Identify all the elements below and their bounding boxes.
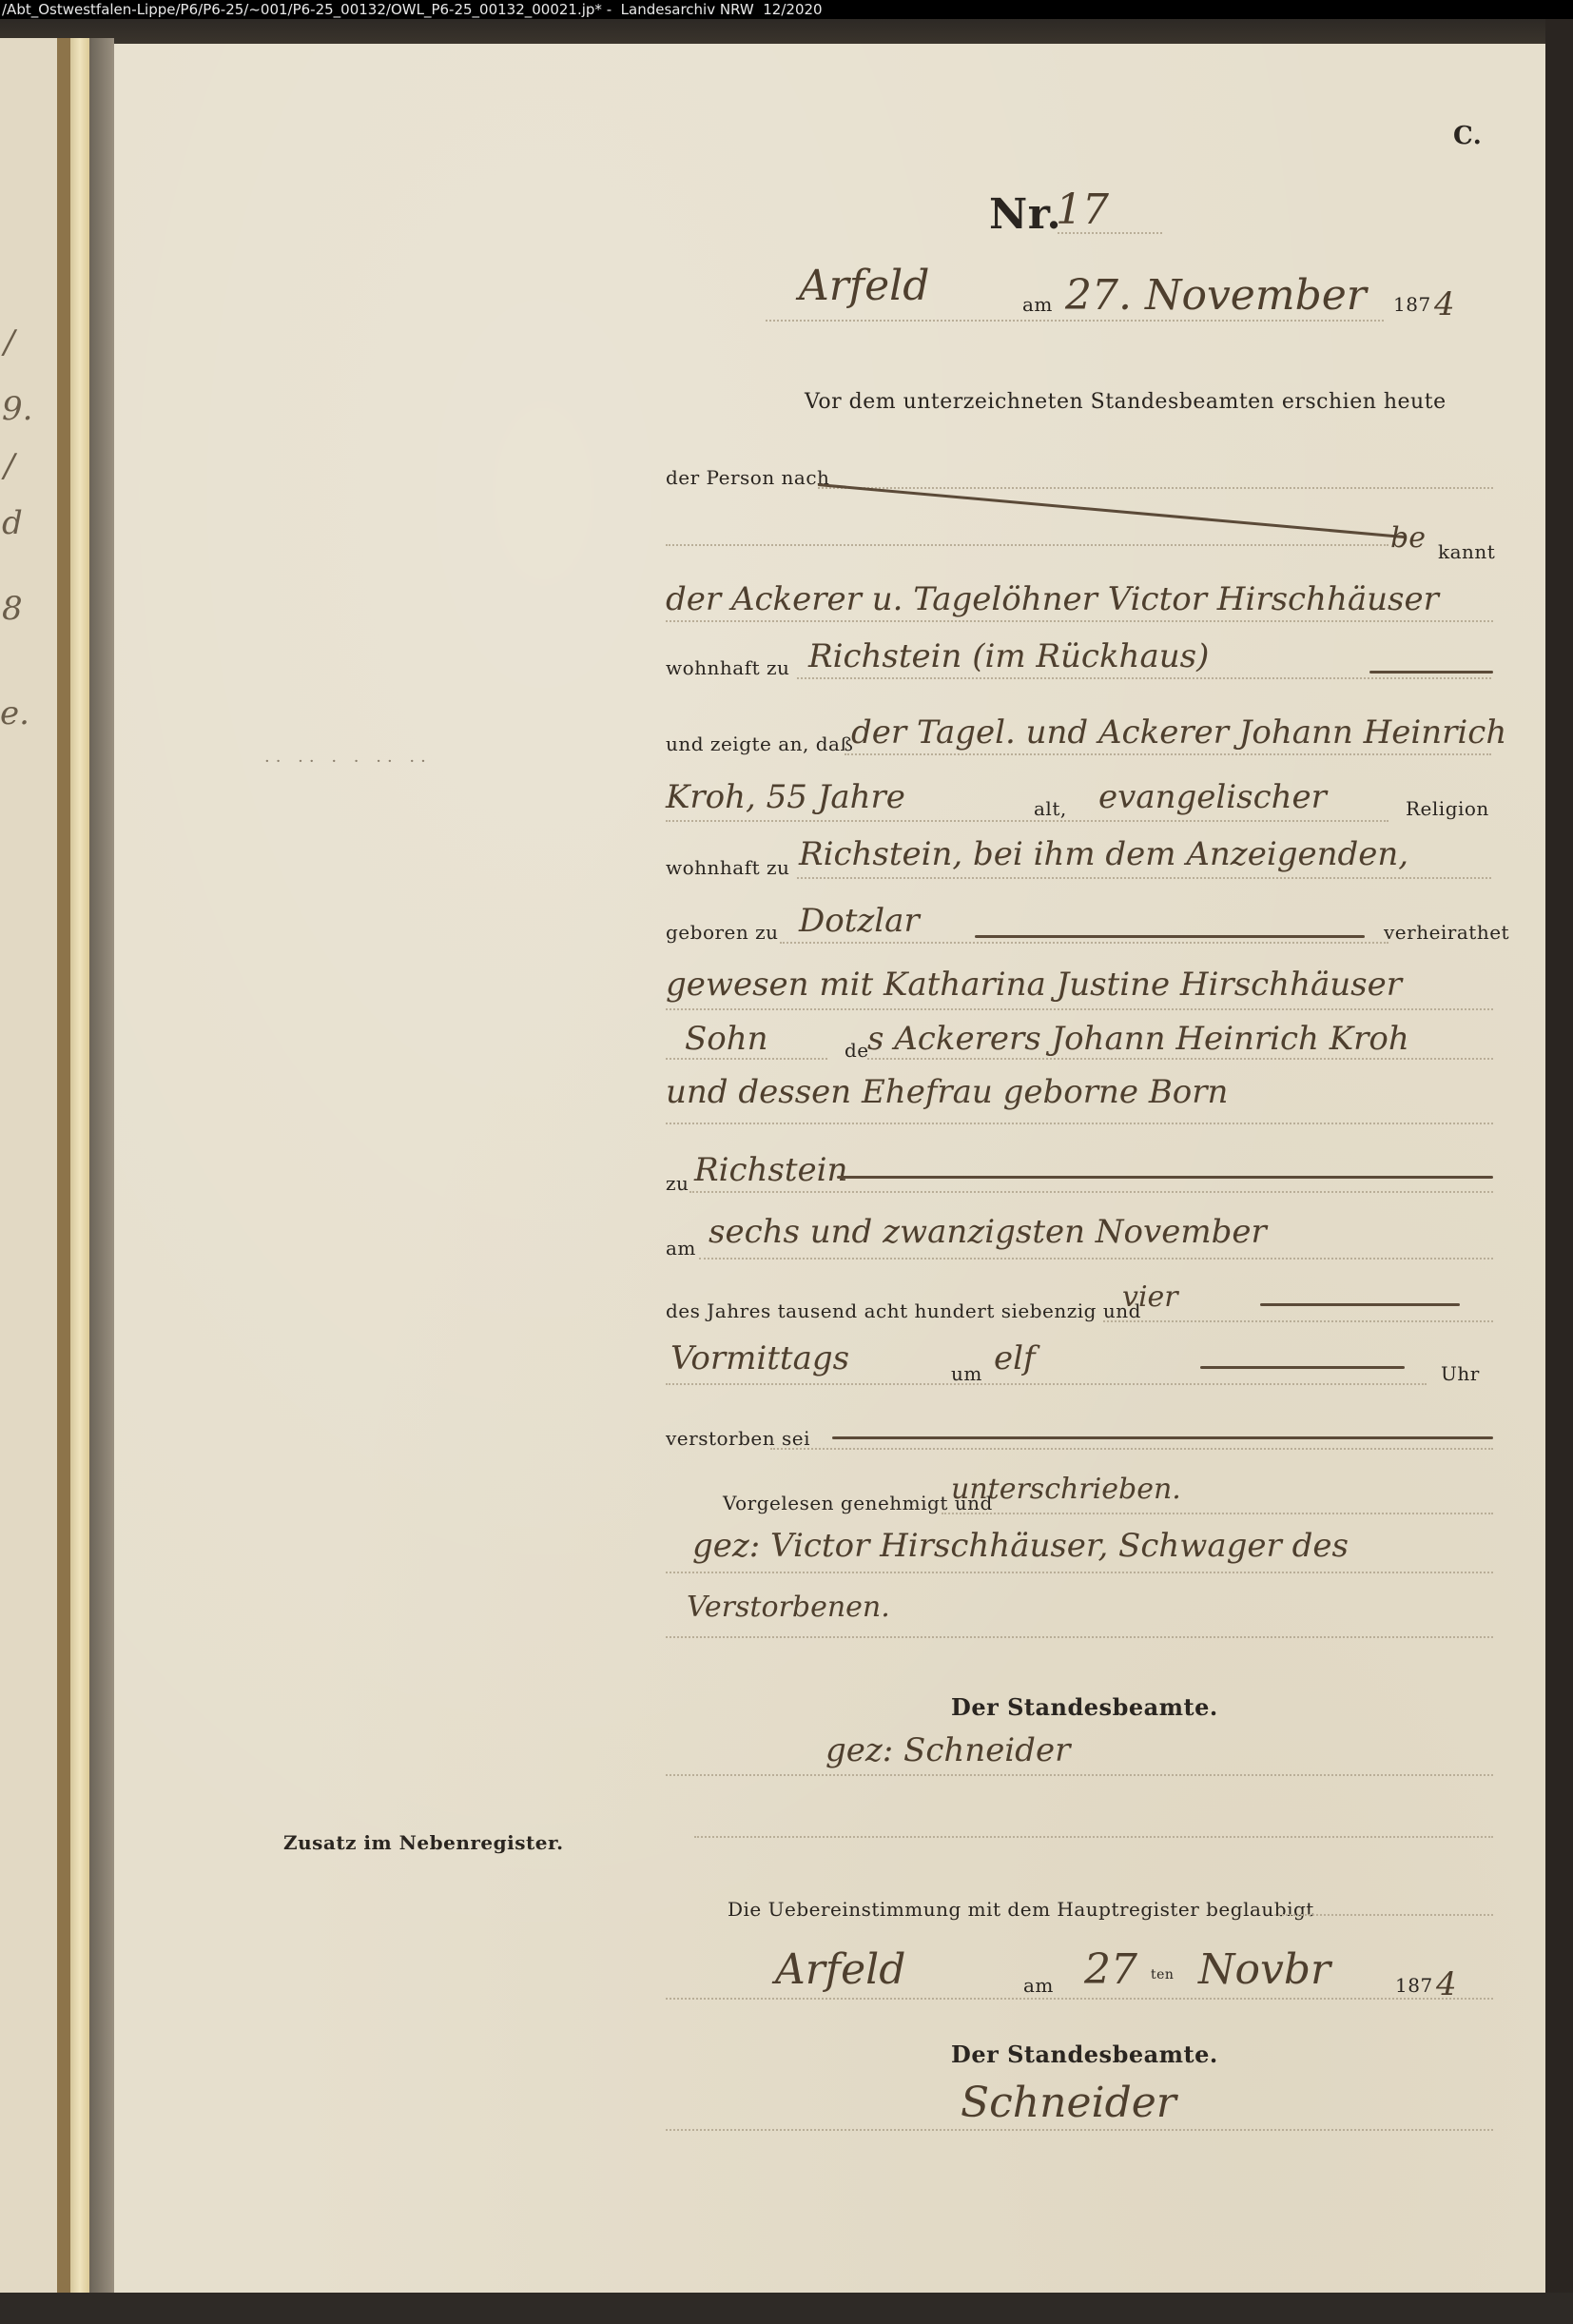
birthplace-dotted-line xyxy=(780,942,1389,944)
year-words: vier xyxy=(1122,1280,1178,1314)
signature-line1: gez: Victor Hirschhäuser, Schwager des xyxy=(692,1527,1349,1565)
person-label: der Person nach xyxy=(666,466,829,489)
official-signature2-dotted-line xyxy=(666,2129,1493,2131)
gutter-shadow xyxy=(57,38,70,2293)
cert-ten-label: ten xyxy=(1151,1967,1174,1982)
record-number-value: 17 xyxy=(1056,186,1109,234)
uhr-label: Uhr xyxy=(1441,1362,1480,1385)
father-dotted-line xyxy=(867,1058,1493,1060)
signature-line2: Verstorbenen. xyxy=(687,1591,890,1624)
scan-frame-bottom xyxy=(0,2293,1573,2324)
margin-mark: d xyxy=(2,504,23,542)
verstorben-label: verstorben sei xyxy=(666,1427,810,1450)
series-letter: C. xyxy=(1453,122,1482,150)
verstorben-fill-stroke xyxy=(832,1436,1493,1439)
deceased-dotted-line1 xyxy=(845,753,1491,755)
scan-frame-top xyxy=(0,19,1573,44)
binding-strip xyxy=(70,38,89,2293)
time-of-day: Vormittags xyxy=(670,1339,849,1377)
verheirathet-label: verheirathet xyxy=(1384,921,1509,944)
cert-year-prefix: 187 xyxy=(1395,1974,1433,1997)
official-signature2: Schneider xyxy=(961,2079,1176,2127)
year-suffix: 4 xyxy=(1434,285,1455,323)
bekannt-handwritten: be xyxy=(1390,521,1426,555)
intro-text: Vor dem unterzeichneten Standesbeamten e… xyxy=(805,390,1447,414)
birthplace: Dotzlar xyxy=(799,902,920,940)
religion-value: evangelischer xyxy=(1098,778,1327,816)
um-label: um xyxy=(951,1362,982,1385)
cert-date-dotted-line xyxy=(666,1998,1493,2000)
cert-am-label: am xyxy=(1023,1974,1054,1997)
residence-dotted-line xyxy=(797,677,1491,679)
record-number-label: Nr. xyxy=(989,190,1061,239)
binding-shadow xyxy=(89,38,114,2293)
wohnhaft-label: wohnhaft zu xyxy=(666,656,789,679)
parents-residence-dotted-line xyxy=(689,1191,1493,1193)
sohn-value: Sohn xyxy=(685,1020,768,1058)
father-line: s Ackerers Johann Heinrich Kroh xyxy=(867,1020,1409,1058)
zusatz-dotted-line xyxy=(694,1836,1493,1838)
am-label: am xyxy=(666,1237,696,1260)
year-prefix: 187 xyxy=(1393,293,1431,316)
margin-mark: e. xyxy=(0,694,29,732)
date-dotted-line xyxy=(766,320,1384,322)
faint-margin-note: ·· ·· · · ·· ·· xyxy=(264,752,432,771)
spouse-dotted-line xyxy=(666,1008,1493,1010)
death-day-dotted-line xyxy=(699,1258,1493,1260)
alt-label: alt, xyxy=(1034,797,1067,820)
official-title: Der Standesbeamte. xyxy=(951,1693,1218,1721)
person-dotted-line xyxy=(818,487,1493,489)
deceased-line1: der Tagel. und Ackerer Johann Heinrich xyxy=(851,713,1506,752)
parents-residence-fill-stroke xyxy=(837,1176,1493,1179)
place-value: Arfeld xyxy=(799,262,929,310)
mother-line: und dessen Ehefrau geborne Born xyxy=(666,1073,1228,1111)
birthplace-fill-stroke xyxy=(975,935,1365,938)
zusatz-label: Zusatz im Nebenregister. xyxy=(283,1831,564,1854)
time-dotted-line xyxy=(666,1383,1427,1385)
informant-residence: Richstein (im Rückhaus) xyxy=(808,637,1209,675)
signature-dotted-line1 xyxy=(666,1572,1493,1573)
deceased-residence: Richstein, bei ihm dem Anzeigenden, xyxy=(799,835,1408,873)
mother-dotted-line xyxy=(666,1123,1493,1124)
bekannt-label: kannt xyxy=(1438,540,1495,563)
cert-day: 27 xyxy=(1084,1945,1137,1994)
religion-dotted-line xyxy=(666,820,1389,822)
zeigte-label: und zeigte an, daß xyxy=(666,732,853,755)
margin-mark: 9. xyxy=(2,390,32,428)
margin-mark: / xyxy=(4,447,14,485)
margin-mark: 8 xyxy=(2,590,23,628)
jahres-label: des Jahres tausend acht hundert siebenzi… xyxy=(666,1299,1141,1322)
bekannt-dotted-line xyxy=(666,544,1389,546)
religion-label: Religion xyxy=(1406,797,1489,820)
official-signature-dotted-line xyxy=(666,1774,1493,1776)
cert-place: Arfeld xyxy=(775,1945,905,1994)
death-day: sechs und zwanzigsten November xyxy=(709,1213,1267,1251)
sohn-dotted-line xyxy=(666,1058,827,1060)
signature-dotted-line2 xyxy=(666,1636,1493,1638)
date-am-label: am xyxy=(1022,293,1053,316)
certification-dotted-line xyxy=(1274,1914,1493,1916)
date-value: 27. November xyxy=(1065,271,1367,320)
vorgelesen-dotted-line xyxy=(942,1513,1493,1514)
number-dotted-line xyxy=(1058,232,1162,234)
certification-text: Die Uebereinstimmung mit dem Hauptregist… xyxy=(728,1898,1314,1921)
verstorben-dotted-line xyxy=(770,1448,1493,1450)
left-page-sliver: / 9. / d 8 e. xyxy=(0,38,63,2293)
year-words-fill-stroke xyxy=(1260,1303,1460,1306)
margin-mark: / xyxy=(4,323,14,361)
spouse-line: gewesen mit Katharina Justine Hirschhäus… xyxy=(666,966,1402,1004)
time-fill-stroke xyxy=(1200,1366,1405,1369)
residence-fill-stroke xyxy=(1369,671,1493,674)
hour: elf xyxy=(994,1339,1036,1377)
informant-value: der Ackerer u. Tagelöhner Victor Hirschh… xyxy=(666,580,1439,618)
parents-residence: Richstein xyxy=(694,1151,847,1189)
des-label: de xyxy=(845,1039,869,1062)
deceased-line2: Kroh, 55 Jahre xyxy=(666,778,905,816)
cert-month: Novbr xyxy=(1198,1945,1330,1994)
vorgelesen-value: unterschrieben. xyxy=(951,1473,1181,1506)
deceased-residence-dotted-line xyxy=(797,877,1491,879)
informant-dotted-line xyxy=(666,620,1493,622)
official-title2: Der Standesbeamte. xyxy=(951,2041,1218,2068)
deceased-wohnhaft-label: wohnhaft zu xyxy=(666,856,789,879)
zu-label: zu xyxy=(666,1172,689,1195)
geboren-label: geboren zu xyxy=(666,921,779,944)
year-words-dotted-line xyxy=(1103,1320,1493,1322)
window-title-bar: /Abt_Ostwestfalen-Lippe/P6/P6-25/~001/P6… xyxy=(0,0,1573,19)
official-signature: gez: Schneider xyxy=(825,1731,1070,1769)
scan-frame-right xyxy=(1545,19,1573,2324)
